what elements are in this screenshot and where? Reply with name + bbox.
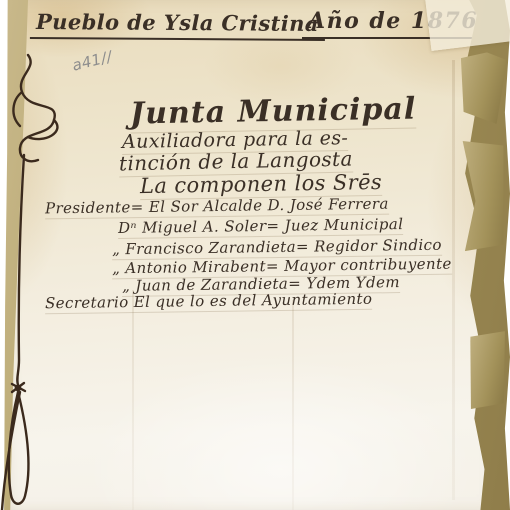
title-line-junta-municipal: Junta Municipal: [130, 92, 417, 134]
member-line-juez: Dⁿ Miguel A. Soler= Juez Municipal: [118, 215, 404, 239]
binding-thread: [0, 40, 78, 510]
paper-crease: [452, 60, 455, 500]
paper-crease: [292, 300, 294, 510]
member-line-secretario: Secretario El que lo es del Ayuntamiento: [45, 290, 373, 315]
manuscript-photo: Pueblo de Ysla Cristina Año de 1876 a41/…: [0, 0, 510, 510]
torn-flap: [465, 329, 508, 411]
header-place-title: Pueblo de Ysla Cristina: [30, 9, 325, 41]
paper-crease: [132, 290, 134, 510]
thread-knot: [15, 385, 22, 392]
